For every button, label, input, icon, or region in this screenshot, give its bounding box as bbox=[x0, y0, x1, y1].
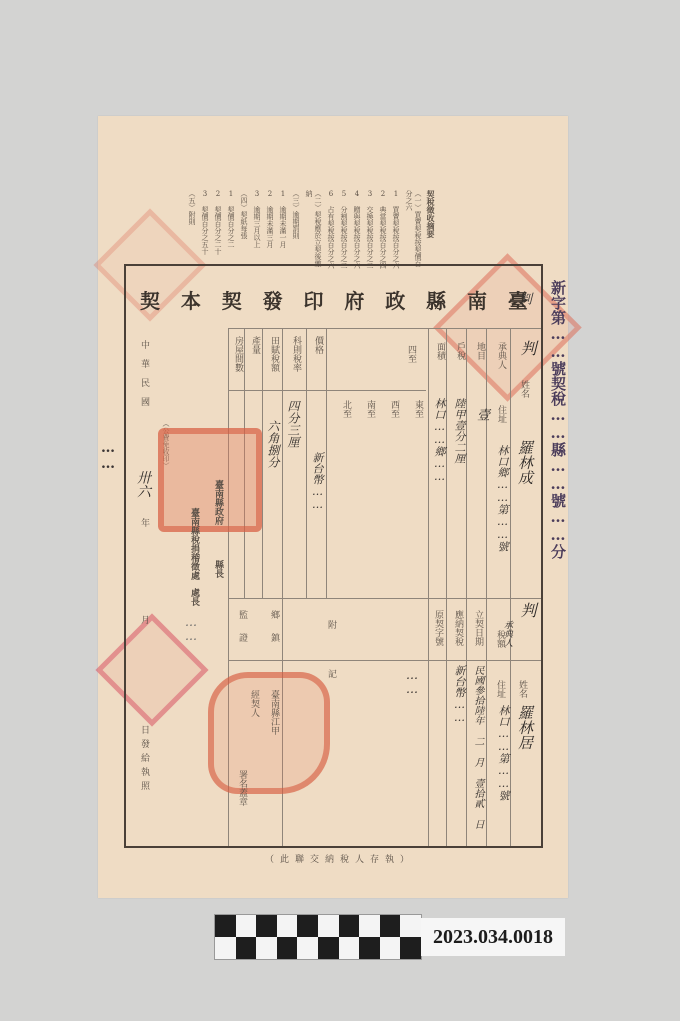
title-handwritten-char: 判 bbox=[516, 292, 530, 307]
title-char: 發 bbox=[263, 285, 285, 314]
label-household-tax: 戶稅 bbox=[454, 342, 465, 360]
issuer-2: 臺南縣稅捐稽徵處 bbox=[188, 508, 199, 580]
notes-col: （三）逾期罰則 bbox=[291, 190, 300, 270]
year-value: 卅六 bbox=[136, 470, 150, 498]
rule-v bbox=[446, 328, 447, 846]
notes-col: 6 占有契稅按百分之六 bbox=[326, 190, 335, 270]
notes-col: 1 逾期未滿一月 bbox=[278, 190, 287, 270]
rule-v bbox=[466, 328, 467, 846]
color-calibration-bar bbox=[214, 914, 422, 960]
title-char: 縣 bbox=[426, 285, 448, 314]
upper-deed-type: 判 bbox=[520, 340, 534, 356]
notes-col: （四）契紙每張 bbox=[239, 190, 248, 270]
label-east: 東至 bbox=[412, 400, 423, 418]
document-title: 臺 南 縣 政 府 印 發 判 契 本 契 bbox=[140, 284, 530, 314]
rule-title-bottom bbox=[228, 328, 541, 329]
notes-col: 2 典當契稅按百分之四 bbox=[378, 190, 387, 270]
notes-col: 2 逾期未滿三月 bbox=[265, 190, 274, 270]
label-property: 產量 bbox=[249, 336, 260, 354]
issuer-1: 臺南縣政府 bbox=[212, 480, 223, 525]
lower-label-certification: 監證 bbox=[236, 610, 247, 656]
month-unit: 月 bbox=[138, 615, 149, 624]
label-boundaries: 四至 bbox=[405, 345, 416, 363]
lower-deed-type: 判 bbox=[520, 602, 534, 618]
accession-number: 2023.034.0018 bbox=[421, 918, 565, 956]
notes-col: 1 契價百分之二 bbox=[226, 190, 235, 270]
title-char: 本 bbox=[181, 285, 203, 314]
rule-v bbox=[306, 328, 307, 598]
lower-label-tax-paid: 應納契稅 bbox=[452, 610, 463, 646]
notes-col: 2 契價百分之二十 bbox=[213, 190, 222, 270]
lower-label-deed-date: 立契日期 bbox=[472, 610, 483, 646]
footer-note: （此聯交納稅人存執） bbox=[250, 852, 430, 865]
rule-v bbox=[510, 328, 511, 846]
label-field-tax: 田賦稅額 bbox=[268, 336, 279, 372]
rule-v bbox=[262, 328, 263, 598]
notes-col: （一）買賣契稅按契價百分之六 bbox=[404, 190, 422, 270]
label-address: 住址 bbox=[495, 405, 506, 423]
lower-remarks-value: …… bbox=[405, 668, 419, 696]
label-north: 北至 bbox=[340, 400, 351, 418]
notes-col: 1 買賣契稅按百分之六 bbox=[391, 190, 400, 270]
rule-v bbox=[486, 328, 487, 846]
upper-price-value: 新台幣…… bbox=[310, 452, 324, 511]
upper-land-number-value: 壹 bbox=[474, 408, 488, 421]
rule-lower-header bbox=[228, 660, 541, 661]
notes-col: 契稅徵收摘要 bbox=[426, 190, 435, 270]
title-char: 契 bbox=[140, 285, 162, 314]
lower-label-witness: 鄉鎮 bbox=[268, 610, 279, 656]
notes-col: （二）契稅應於立契後繳納 bbox=[304, 190, 322, 270]
lower-label-name: 姓名 bbox=[516, 680, 527, 698]
label-area: 面積 bbox=[434, 342, 445, 360]
lower-tax-paid-value: 新台幣…… bbox=[452, 665, 466, 724]
label-south: 南至 bbox=[364, 400, 375, 418]
notes-col: 4 贈與契稅按百分之六 bbox=[352, 190, 361, 270]
label-west: 西至 bbox=[388, 400, 399, 418]
upper-address-value: 林口鄉……第……號 bbox=[495, 445, 509, 552]
notary-line-3: 署名蓋章 bbox=[236, 770, 247, 806]
lower-label-address: 住址 bbox=[494, 680, 505, 698]
upper-tax-rate-value: 四分三厘 bbox=[286, 400, 300, 448]
day-unit: 日發給執照 bbox=[138, 725, 149, 795]
title-char: 契 bbox=[222, 285, 244, 314]
upper-name-value: 羅林成 bbox=[518, 440, 532, 485]
upper-area-value: 陸甲壹分二厘 bbox=[452, 398, 466, 464]
label-land-category: 地目 bbox=[474, 342, 485, 360]
rule-v bbox=[326, 328, 327, 598]
title-char: 南 bbox=[467, 285, 489, 314]
label-tax-rate: 科則稅率 bbox=[290, 336, 301, 372]
official-seal-stamp bbox=[158, 428, 262, 532]
issuer-2-title: 處長 bbox=[188, 588, 199, 606]
title-char: 印 bbox=[304, 285, 326, 314]
title-char: 府 bbox=[344, 285, 366, 314]
label-name: 姓名 bbox=[518, 380, 529, 398]
upper-land-address: 林口……鄉…… bbox=[432, 398, 446, 483]
rule-v bbox=[428, 328, 429, 846]
lower-address-value: 林口……第……號 bbox=[496, 705, 510, 801]
label-price: 價格 bbox=[312, 336, 323, 354]
upper-field-tax-value: 六角捌分 bbox=[266, 420, 280, 468]
notary-line-1: 臺南縣江甲 bbox=[268, 690, 279, 735]
year-unit: 年 bbox=[138, 518, 149, 527]
lower-person-type: 承典人 bbox=[500, 620, 514, 647]
left-margin-text: …… bbox=[100, 440, 116, 472]
label-house-count: 房屋間數 bbox=[232, 336, 243, 372]
label-person-type: 承典人 bbox=[495, 342, 506, 369]
notes-col: 3 契價百分之五十 bbox=[200, 190, 209, 270]
notes-col: 3 逾期三月以上 bbox=[252, 190, 261, 270]
lower-name-value: 羅林居 bbox=[518, 705, 532, 750]
right-margin-text: 新字第……號契稅……縣……號……分 bbox=[548, 280, 568, 559]
notary-line-2: 經契人 bbox=[248, 690, 259, 717]
rule-mid bbox=[228, 598, 541, 599]
rule-boundary-mid bbox=[326, 390, 426, 391]
official-signature: …… bbox=[184, 615, 198, 643]
lower-deed-date-value: 民國參拾陸年 二 月 壹拾貳 日 bbox=[472, 665, 483, 829]
notes-col: 5 分割契稅按百分之二 bbox=[339, 190, 348, 270]
lower-label-deed-number: 原契字號 bbox=[432, 610, 443, 646]
notes-col: 3 交換契稅按百分之二 bbox=[365, 190, 374, 270]
title-char: 政 bbox=[385, 285, 407, 314]
issuer-1-title: 縣長 bbox=[212, 560, 223, 578]
era-label: 中華民國 bbox=[138, 340, 149, 416]
